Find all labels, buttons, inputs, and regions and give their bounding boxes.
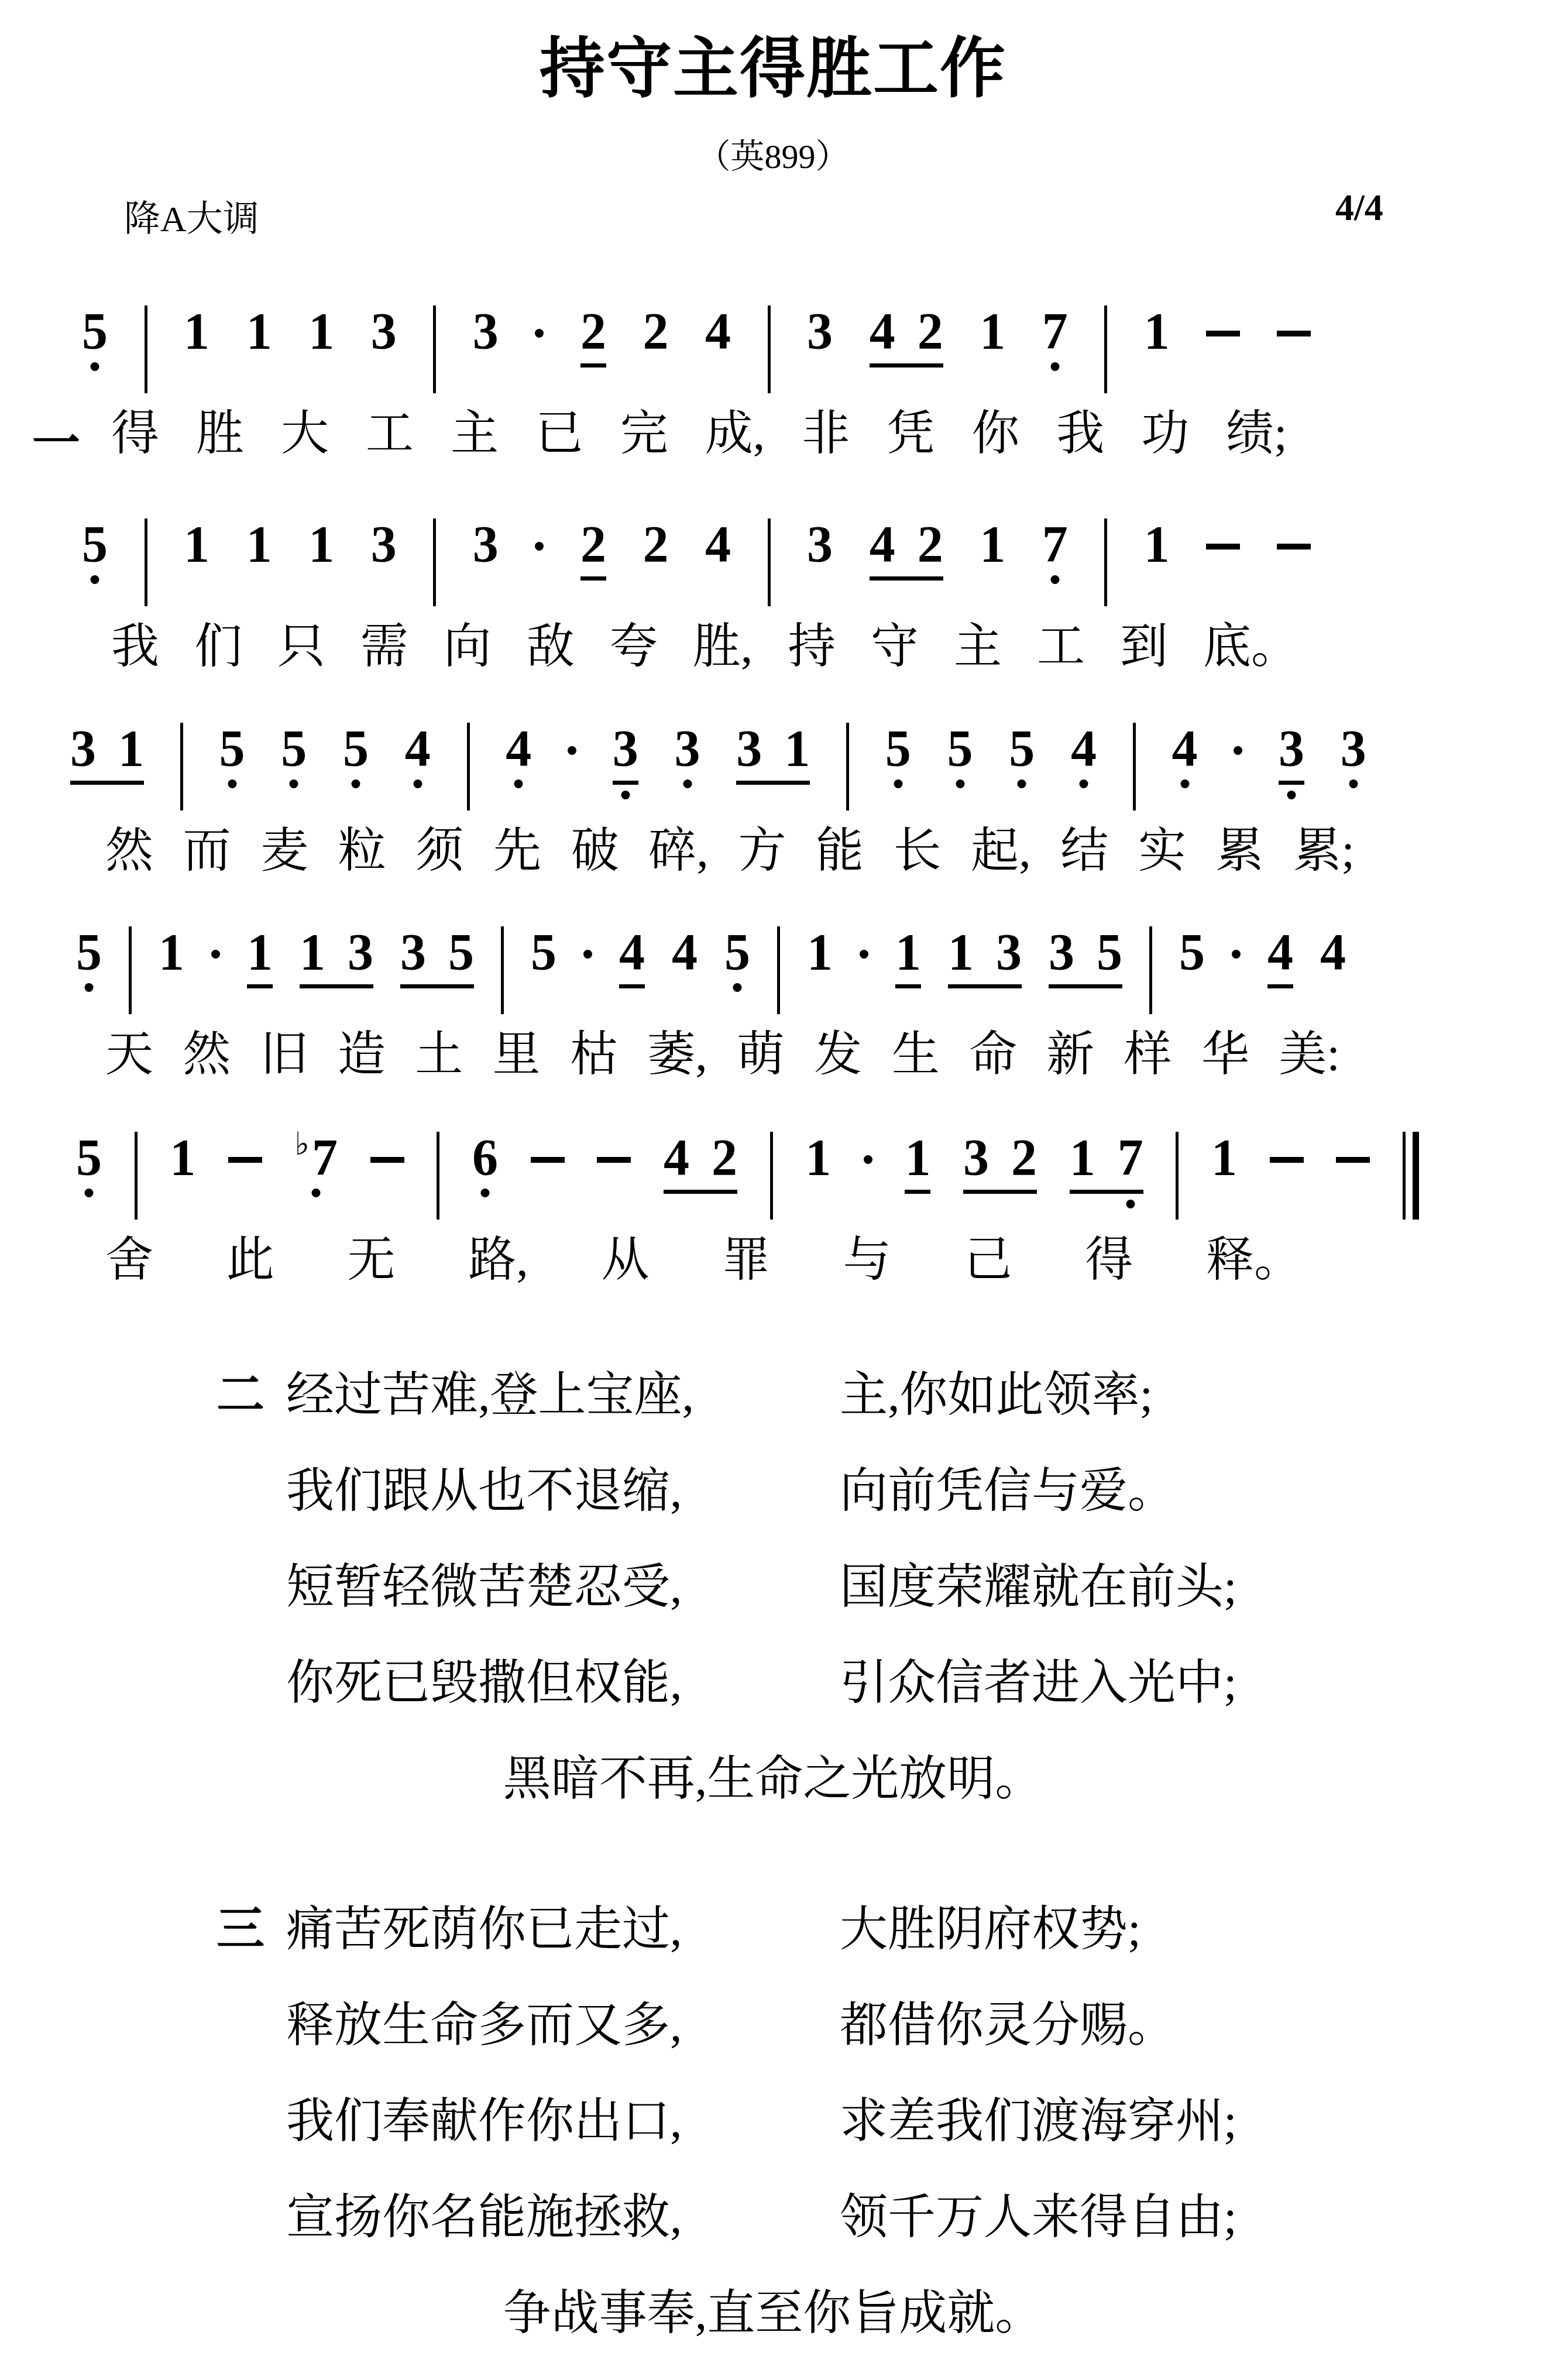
note: 5 xyxy=(1179,925,1205,980)
verse-text-right: 国度荣耀就在前头; xyxy=(840,1539,1237,1635)
note: 5 xyxy=(947,722,973,777)
lyric-syllable: 底。 xyxy=(1203,620,1299,674)
lyric-syllable: 新 xyxy=(1046,1028,1094,1081)
note: 1 xyxy=(1144,517,1170,572)
note-digit: 5 xyxy=(1097,925,1122,980)
note-digit: 3 xyxy=(70,722,96,777)
lyric-syllable: 长 xyxy=(894,824,942,878)
note: 4 xyxy=(1071,722,1097,777)
note: 4 xyxy=(664,1131,689,1186)
music-system-3: 315554433315554433然而麦粒须先破碎,方能长起,结实累累; xyxy=(0,722,1546,878)
beam-group: 32 xyxy=(963,1131,1037,1194)
note-digit: 5 xyxy=(76,1131,102,1186)
duration-dash xyxy=(228,1157,262,1163)
low-octave-dot xyxy=(1349,779,1358,788)
augmentation-dot xyxy=(860,950,868,959)
note-digit: 1 xyxy=(159,925,184,980)
lyric-syllable: 发 xyxy=(814,1028,862,1081)
note: 5 xyxy=(343,722,369,777)
lyric-syllable: 夸 xyxy=(610,620,658,674)
note: 1 xyxy=(980,304,1005,359)
lyric-syllable: 需 xyxy=(360,620,408,674)
barline xyxy=(1104,518,1107,606)
verse-text-right: 主,你如此领率; xyxy=(840,1347,1153,1443)
lyric-syllable: 天 xyxy=(105,1028,153,1081)
note: 5 xyxy=(76,1131,102,1186)
note-digit: 4 xyxy=(1071,722,1097,777)
verse-text-left: 宣扬你名能施拯救, xyxy=(286,2169,682,2265)
note-digit: 3 xyxy=(473,304,499,359)
note-digit: 3 xyxy=(1341,722,1366,777)
low-octave-dot xyxy=(413,779,422,788)
verse-text-center: 争战事奉,直至你旨成就。 xyxy=(0,2265,1546,2361)
music-system-4: 51113355445111335544天然旧造土里枯萎,萌发生命新样华美: xyxy=(0,925,1546,1081)
note-digit: 1 xyxy=(905,1131,930,1194)
note: 1 xyxy=(980,517,1005,572)
note-digit: 5 xyxy=(281,722,307,777)
note-digit: 4 xyxy=(1320,925,1346,980)
barline xyxy=(135,1132,138,1220)
lyric-syllable: 累; xyxy=(1293,824,1355,878)
lyric-syllable: 土 xyxy=(415,1028,463,1081)
lyric-syllable: 只 xyxy=(277,620,325,674)
lyric-syllable: 释。 xyxy=(1206,1233,1302,1287)
duration-dash xyxy=(531,1157,565,1163)
note: 1 xyxy=(905,1131,930,1194)
lyric-syllable: 罪 xyxy=(722,1233,770,1287)
notation-line-2: 511133224342171 xyxy=(82,517,1311,614)
note-digit: 1 xyxy=(1144,304,1170,359)
lyric-syllable: 须 xyxy=(415,824,463,878)
note: 1 xyxy=(308,304,334,359)
low-octave-dot xyxy=(290,779,298,788)
duration-dash xyxy=(1336,1157,1370,1163)
note-digit: 1 xyxy=(948,925,974,980)
note: 4 xyxy=(705,304,731,359)
note-digit: 7 xyxy=(1118,1131,1143,1186)
note: 1 xyxy=(1070,1131,1095,1186)
lyric-syllable: 得 xyxy=(111,407,159,461)
note: 4 xyxy=(405,722,431,777)
note: 7 xyxy=(1042,304,1068,359)
lyric-syllable: 从 xyxy=(601,1233,649,1287)
verse-line: 三痛苦死荫你已走过,大胜阴府权势; xyxy=(0,1881,1546,1977)
note: 3 xyxy=(473,304,499,359)
hymn-sheet-page: 持守主得胜工作 （英899） 降A大调 4/4 一511133224342171… xyxy=(0,0,1546,2380)
lyric-syllable: 工 xyxy=(1037,620,1085,674)
duration-dash xyxy=(1277,544,1311,550)
lyric-syllable: 无 xyxy=(347,1233,395,1287)
note-digit: 1 xyxy=(980,304,1005,359)
note-digit: 5 xyxy=(947,722,973,777)
barline xyxy=(145,305,147,393)
barline xyxy=(1149,926,1152,1014)
note-digit: 1 xyxy=(805,1131,831,1186)
note-digit: 5 xyxy=(1179,925,1205,980)
music-system-2: 511133224342171我们只需向敌夸胜,持守主工到底。 xyxy=(0,517,1546,674)
augmentation-dot xyxy=(1232,950,1241,959)
lyric-syllable: 得 xyxy=(1085,1233,1133,1287)
barline xyxy=(501,926,504,1014)
note-digit: 5 xyxy=(1009,722,1035,777)
note: 3 xyxy=(1279,722,1304,785)
lyric-syllable: 己 xyxy=(964,1233,1012,1287)
augmentation-dot xyxy=(211,950,220,959)
lyric-syllable: 破 xyxy=(571,824,619,878)
lyric-syllable: 起, xyxy=(971,824,1031,878)
note: 2 xyxy=(712,1131,737,1186)
augmentation-dot xyxy=(583,950,592,959)
lyric-syllable: 们 xyxy=(194,620,242,674)
note: 3 xyxy=(613,722,638,785)
note: 1 xyxy=(246,517,272,572)
note: 5 xyxy=(76,925,102,980)
note: 4 xyxy=(870,517,895,572)
note-digit: 5 xyxy=(76,925,102,980)
note: 4 xyxy=(506,722,531,777)
low-octave-dot xyxy=(352,779,360,788)
note: 1 xyxy=(170,1131,195,1186)
note-digit: 2 xyxy=(918,304,943,359)
note: 3 xyxy=(400,925,426,980)
beam-group: 42 xyxy=(870,304,943,368)
note-digit: 2 xyxy=(580,517,606,581)
note-digit: 1 xyxy=(118,722,144,777)
lyric-syllable: 胜 xyxy=(196,407,244,461)
note-digit: 4 xyxy=(1172,722,1198,777)
lyric-syllable: 完 xyxy=(620,407,668,461)
note: 1 xyxy=(807,925,833,980)
note-digit: 3 xyxy=(963,1131,989,1186)
note-digit: 3 xyxy=(996,925,1022,980)
note-digit: 4 xyxy=(705,304,731,359)
lyric-syllable: 向 xyxy=(444,620,492,674)
lyric-syllable: 华 xyxy=(1201,1028,1249,1081)
note-digit: 4 xyxy=(870,304,895,359)
note: 5 xyxy=(885,722,911,777)
note-digit: 2 xyxy=(643,517,668,572)
lyric-syllable: 非 xyxy=(802,407,850,461)
lyric-syllable: 持 xyxy=(788,620,836,674)
notation-line-1: 511133224342171 xyxy=(82,304,1311,401)
note-digit: 1 xyxy=(807,925,833,980)
lyric-syllable: 主 xyxy=(954,620,1002,674)
verse-text-right: 大胜阴府权势; xyxy=(840,1881,1141,1977)
note-digit: 3 xyxy=(807,517,833,572)
page-title: 持守主得胜工作 xyxy=(0,16,1546,111)
notation-line-5: 51♭76421132171 xyxy=(76,1131,1419,1227)
note: 3 xyxy=(963,1131,989,1186)
lyric-syllable: 敌 xyxy=(527,620,575,674)
verse-text-left: 你死已毁撒但权能, xyxy=(286,1635,682,1731)
note-digit: 1 xyxy=(184,517,209,572)
lyrics-line-3: 然而麦粒须先破碎,方能长起,结实累累; xyxy=(105,824,1355,878)
lyric-syllable: 萎, xyxy=(647,1028,707,1081)
note-digit: 5 xyxy=(885,722,911,777)
verse-text-right: 向前凭信与爱。 xyxy=(840,1443,1176,1539)
lyric-syllable: 样 xyxy=(1124,1028,1172,1081)
barline xyxy=(467,723,470,810)
note-digit: 4 xyxy=(1267,925,1293,988)
lyric-syllable: 萌 xyxy=(737,1028,785,1081)
note: 6 xyxy=(472,1131,498,1186)
note: 3 xyxy=(996,925,1022,980)
low-octave-dot xyxy=(91,362,99,371)
note-digit: 1 xyxy=(895,925,921,988)
beam-group: 35 xyxy=(1049,925,1122,988)
note-digit: 1 xyxy=(1070,1131,1095,1186)
note: 5 xyxy=(82,304,108,359)
note: 5 xyxy=(1009,722,1035,777)
note-digit: 1 xyxy=(308,517,334,572)
note-digit: 2 xyxy=(580,304,606,368)
note-digit: 6 xyxy=(472,1131,498,1186)
note-digit: 3 xyxy=(675,722,700,777)
verse-line: 我们奉献作你出口,求差我们渡海穿州; xyxy=(0,2073,1546,2169)
barline xyxy=(1403,1132,1406,1220)
lyric-syllable: 碎, xyxy=(648,824,709,878)
note-digit: 3 xyxy=(1049,925,1074,980)
verse-line: 争战事奉,直至你旨成就。 xyxy=(0,2265,1546,2361)
verse-line: 我们跟从也不退缩,向前凭信与爱。 xyxy=(0,1443,1546,1539)
verse-text-left: 我们跟从也不退缩, xyxy=(286,1443,682,1539)
barline xyxy=(768,518,771,606)
note: 2 xyxy=(918,304,943,359)
note-digit: 1 xyxy=(184,304,209,359)
note-digit: 3 xyxy=(473,517,499,572)
lyrics-line-5: 舍此无路,从罪与己得释。 xyxy=(105,1233,1302,1287)
lyric-syllable: 到 xyxy=(1120,620,1168,674)
note: 1 xyxy=(118,722,144,777)
note: 1 xyxy=(805,1131,831,1186)
note: 4 xyxy=(619,925,645,988)
note: 1 xyxy=(246,304,272,359)
note-digit: 2 xyxy=(712,1131,737,1186)
barline xyxy=(1133,723,1136,810)
verse-line: 释放生命多而又多,都借你灵分赐。 xyxy=(0,1977,1546,2073)
verse-line: 黑暗不再,生命之光放明。 xyxy=(0,1731,1546,1827)
barline xyxy=(180,723,183,810)
note: 3 xyxy=(348,925,373,980)
note: 5 xyxy=(219,722,245,777)
note-digit: 5 xyxy=(724,925,750,980)
note-digit: 3 xyxy=(736,722,762,777)
verse-text-right: 都借你灵分赐。 xyxy=(840,1977,1176,2073)
verse-line: 你死已毁撒但权能,引众信者进入光中; xyxy=(0,1635,1546,1731)
note: 3 xyxy=(807,517,833,572)
notation-line-3: 315554433315554433 xyxy=(70,722,1366,818)
lyric-syllable: 我 xyxy=(111,620,159,674)
lyric-syllable: 累 xyxy=(1216,824,1264,878)
lyrics-line-1: 得胜大工主已完成,非凭你我功绩; xyxy=(111,407,1287,461)
barline xyxy=(437,1132,439,1220)
lyric-syllable: 先 xyxy=(493,824,541,878)
augmentation-dot xyxy=(1234,746,1242,755)
note-digit: 4 xyxy=(870,517,895,572)
beam-group: 13 xyxy=(300,925,373,988)
note: 2 xyxy=(580,304,606,368)
low-octave-dot xyxy=(312,1189,321,1197)
note: 5 xyxy=(82,517,108,572)
note-digit: 1 xyxy=(246,517,272,572)
barline xyxy=(846,723,849,810)
note-digit: 4 xyxy=(672,925,698,980)
note: 1 xyxy=(184,304,209,359)
barline xyxy=(1176,1132,1179,1220)
beam-group: 35 xyxy=(400,925,474,988)
music-system-5: 51♭76421132171舍此无路,从罪与己得释。 xyxy=(0,1131,1546,1287)
lyric-syllable: 里 xyxy=(493,1028,541,1081)
verse-text-right: 引众信者进入光中; xyxy=(840,1635,1237,1731)
barline xyxy=(1104,305,1107,393)
verse-text-left: 我们奉献作你出口, xyxy=(286,2073,682,2169)
lyric-syllable: 粒 xyxy=(338,824,386,878)
note: 1 xyxy=(308,517,334,572)
low-octave-dot xyxy=(894,779,902,788)
note: 3 xyxy=(807,304,833,359)
note: 1 xyxy=(159,925,184,980)
barline xyxy=(777,926,780,1014)
note: 5 xyxy=(1097,925,1122,980)
lyric-syllable: 大 xyxy=(281,407,329,461)
beam-group: 31 xyxy=(736,722,810,785)
note: 1 xyxy=(300,925,325,980)
note: 1 xyxy=(184,517,209,572)
duration-dash xyxy=(1270,1157,1304,1163)
note: 5 xyxy=(448,925,474,980)
note: ♭7 xyxy=(295,1131,338,1186)
lyric-syllable: 舍 xyxy=(105,1233,153,1287)
verse-text-left: 短暂轻微苦楚忍受, xyxy=(286,1539,682,1635)
note: 2 xyxy=(918,517,943,572)
low-octave-dot xyxy=(683,779,692,788)
beam-group: 31 xyxy=(70,722,144,785)
note-digit: 7 xyxy=(1042,304,1068,359)
low-octave-dot xyxy=(1126,1200,1135,1208)
lyric-syllable: 与 xyxy=(843,1233,891,1287)
duration-dash xyxy=(370,1157,404,1163)
music-system-1: 一511133224342171得胜大工主已完成,非凭你我功绩; xyxy=(0,304,1546,461)
barline xyxy=(1413,1132,1419,1220)
flat-sign: ♭ xyxy=(295,1128,310,1160)
note: 3 xyxy=(70,722,96,777)
note-digit: 7 xyxy=(312,1131,338,1186)
verse-marker: 一 xyxy=(32,405,80,473)
note-digit: 5 xyxy=(531,925,556,980)
low-octave-dot xyxy=(733,983,742,992)
note: 4 xyxy=(1267,925,1293,988)
note-digit: 4 xyxy=(619,925,645,988)
note-digit: 1 xyxy=(980,517,1005,572)
verse-line: 二经过苦难,登上宝座,主,你如此领率; xyxy=(0,1347,1546,1443)
note-digit: 4 xyxy=(405,722,431,777)
lyric-syllable: 成, xyxy=(705,407,765,461)
augmentation-dot xyxy=(568,746,576,755)
note-digit: 5 xyxy=(82,304,108,359)
note-digit: 1 xyxy=(170,1131,195,1186)
note-digit: 4 xyxy=(664,1131,689,1186)
barline xyxy=(768,305,771,393)
low-octave-dot xyxy=(1050,362,1059,371)
low-octave-dot xyxy=(85,1189,94,1197)
beam-group: 17 xyxy=(1070,1131,1143,1194)
lyric-syllable: 麦 xyxy=(260,824,308,878)
note-digit: 1 xyxy=(300,925,325,980)
note: 4 xyxy=(705,517,731,572)
lyric-syllable: 方 xyxy=(738,824,786,878)
barline xyxy=(433,305,436,393)
final-barline xyxy=(1403,1132,1419,1220)
duration-dash xyxy=(1206,331,1240,336)
lyric-syllable: 美: xyxy=(1279,1028,1340,1081)
note-digit: 1 xyxy=(784,722,810,777)
lyric-syllable: 我 xyxy=(1056,407,1104,461)
low-octave-dot xyxy=(85,983,94,992)
note: 1 xyxy=(784,722,810,777)
note-digit: 3 xyxy=(371,304,397,359)
lyric-syllable: 然 xyxy=(183,1028,231,1081)
augmentation-dot xyxy=(864,1155,872,1164)
duration-dash xyxy=(597,1157,631,1163)
note-digit: 2 xyxy=(1011,1131,1037,1186)
note: 5 xyxy=(724,925,750,980)
lyric-syllable: 你 xyxy=(971,407,1019,461)
note: 4 xyxy=(1320,925,1346,980)
verse-text-left: 释放生命多而又多, xyxy=(286,1977,682,2073)
note-digit: 1 xyxy=(246,304,272,359)
low-octave-dot xyxy=(91,575,99,584)
lyric-syllable: 生 xyxy=(892,1028,940,1081)
barline xyxy=(433,518,436,606)
note: 4 xyxy=(1172,722,1198,777)
lyric-syllable: 绩; xyxy=(1226,407,1287,461)
verse-line: 宣扬你名能施拯救,领千万人来得自由; xyxy=(0,2169,1546,2265)
lyric-syllable: 路, xyxy=(468,1233,528,1287)
note: 2 xyxy=(1011,1131,1037,1186)
verse-text-right: 求差我们渡海穿州; xyxy=(840,2073,1237,2169)
verse-block-2: 二经过苦难,登上宝座,主,你如此领率;我们跟从也不退缩,向前凭信与爱。短暂轻微苦… xyxy=(0,1347,1546,1827)
note-digit: 5 xyxy=(219,722,245,777)
note-digit: 3 xyxy=(400,925,426,980)
note-digit: 1 xyxy=(1144,517,1170,572)
verse-marker: 三 xyxy=(217,1881,264,1977)
beam-group: 42 xyxy=(870,517,943,581)
note-digit: 4 xyxy=(506,722,531,777)
note-digit: 1 xyxy=(247,925,273,988)
note: 3 xyxy=(371,517,397,572)
note: 2 xyxy=(643,304,668,359)
barline xyxy=(129,926,132,1014)
lyric-syllable: 工 xyxy=(366,407,414,461)
low-octave-dot xyxy=(1050,575,1059,584)
note: 1 xyxy=(895,925,921,988)
lyric-syllable: 然 xyxy=(105,824,153,878)
note-digit: 5 xyxy=(82,517,108,572)
note: 4 xyxy=(672,925,698,980)
note-digit: 2 xyxy=(643,304,668,359)
verse-line: 短暂轻微苦楚忍受,国度荣耀就在前头; xyxy=(0,1539,1546,1635)
key-signature: 降A大调 xyxy=(124,190,259,242)
lyric-syllable: 凭 xyxy=(887,407,935,461)
note-digit: 3 xyxy=(348,925,373,980)
note: 5 xyxy=(281,722,307,777)
note-digit: 1 xyxy=(308,304,334,359)
note-digit: 3 xyxy=(613,722,638,785)
lyric-syllable: 胜, xyxy=(693,620,753,674)
note: 3 xyxy=(1049,925,1074,980)
augmentation-dot xyxy=(535,542,544,551)
hymn-number: （英899） xyxy=(0,129,1546,178)
